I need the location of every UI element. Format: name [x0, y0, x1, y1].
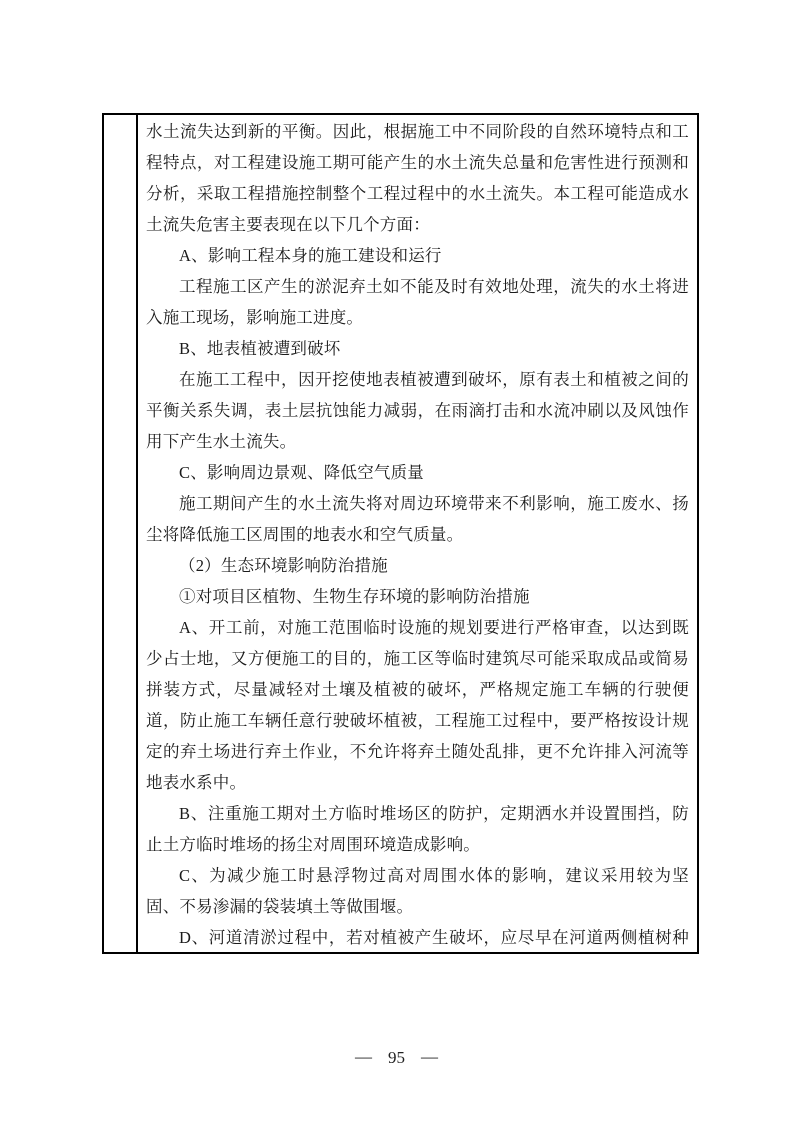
paragraph: ①对项目区植物、生物生存环境的影响防治措施: [146, 581, 689, 612]
page-footer: — 95 —: [0, 1048, 793, 1068]
paragraph: 施工期间产生的水土流失将对周边环境带来不利影响，施工废水、扬尘将降低施工区周围的…: [146, 488, 689, 550]
table-content-cell: 水土流失达到新的平衡。因此，根据施工中不同阶段的自然环境特点和工程特点，对工程建…: [138, 115, 697, 952]
table-left-column: [104, 115, 138, 952]
paragraph: D、河道清淤过程中，若对植被产生破坏，应尽早在河道两侧植树种草，并采用乡土绿化植…: [146, 922, 689, 952]
footer-left-dash: —: [355, 1047, 372, 1067]
paragraph: A、影响工程本身的施工建设和运行: [146, 240, 689, 271]
paragraph: （2）生态环境影响防治措施: [146, 550, 689, 581]
paragraph: C、影响周边景观、降低空气质量: [146, 457, 689, 488]
paragraph: B、地表植被遭到破坏: [146, 333, 689, 364]
paragraph: 水土流失达到新的平衡。因此，根据施工中不同阶段的自然环境特点和工程特点，对工程建…: [146, 116, 689, 240]
paragraph: 工程施工区产生的淤泥弃土如不能及时有效地处理，流失的水土将进入施工现场，影响施工…: [146, 271, 689, 333]
paragraph: A、开工前，对施工范围临时设施的规划要进行严格审查，以达到既少占士地，又方便施工…: [146, 612, 689, 798]
paragraph: B、注重施工期对土方临时堆场区的防护，定期洒水并设置围挡，防止土方临时堆场的扬尘…: [146, 798, 689, 860]
paragraph: 在施工工程中，因开挖使地表植被遭到破坏，原有表土和植被之间的平衡关系失调，表土层…: [146, 364, 689, 457]
page-number: 95: [388, 1048, 405, 1068]
document-table: 水土流失达到新的平衡。因此，根据施工中不同阶段的自然环境特点和工程特点，对工程建…: [102, 113, 699, 954]
footer-right-dash: —: [421, 1047, 438, 1067]
paragraph: C、为减少施工时悬浮物过高对周围水体的影响，建议采用较为坚固、不易渗漏的袋装填土…: [146, 860, 689, 922]
document-page: 水土流失达到新的平衡。因此，根据施工中不同阶段的自然环境特点和工程特点，对工程建…: [0, 0, 793, 1122]
